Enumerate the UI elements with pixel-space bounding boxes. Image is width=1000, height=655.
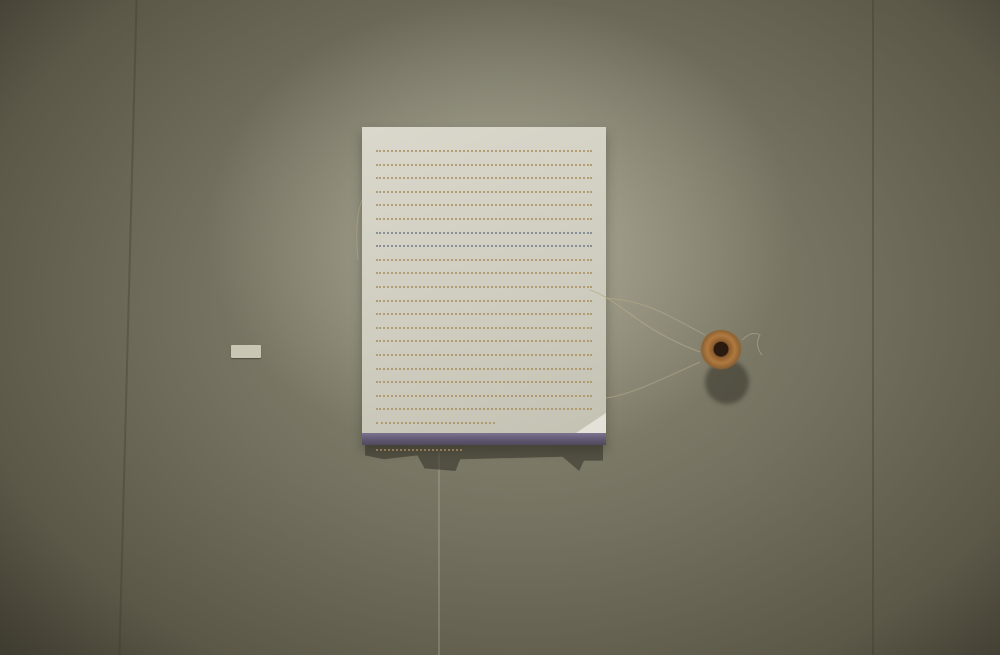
loose-threads (0, 0, 1000, 655)
thread-nest (700, 330, 742, 370)
